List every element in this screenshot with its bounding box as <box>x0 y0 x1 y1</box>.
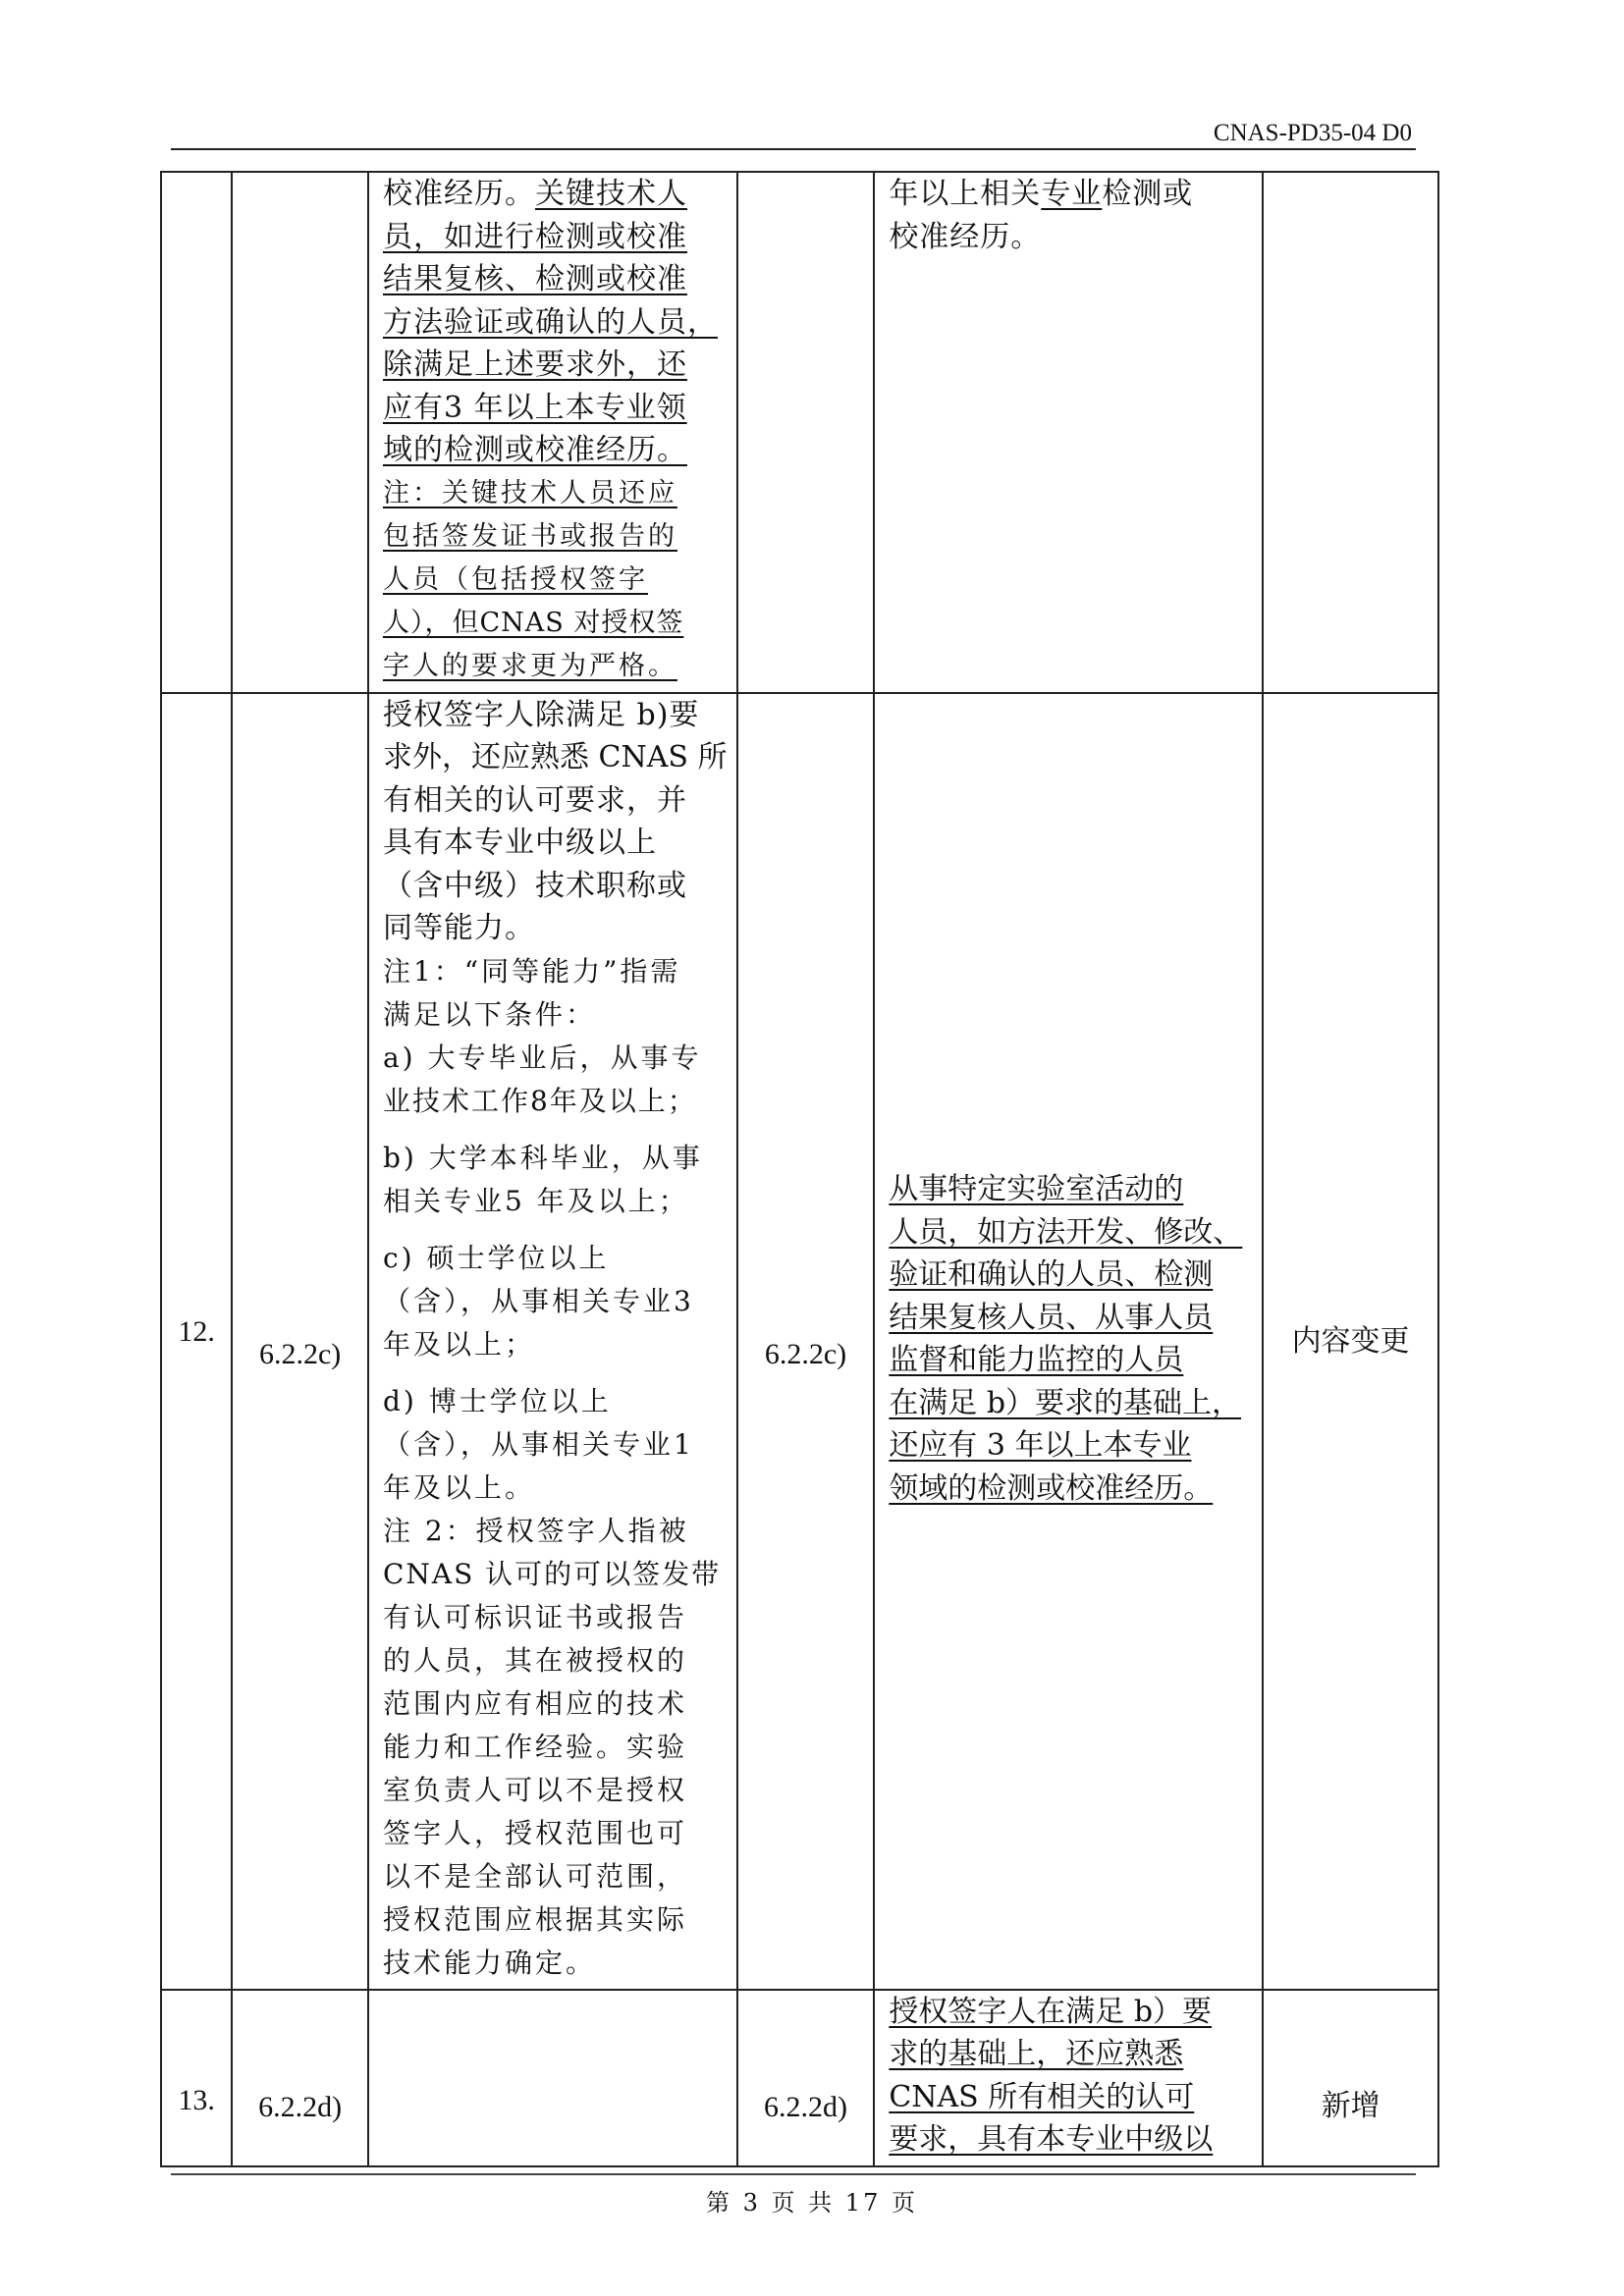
note-line: 人员（包括授权签字 <box>383 559 727 602</box>
text-line: 结果复核、检测或校准 <box>383 258 727 301</box>
note-line: b) 大学本科毕业，从事 <box>383 1137 727 1180</box>
note-line: d) 博士学位以上 <box>383 1380 727 1423</box>
comparison-table: 校准经历。关键技术人 员，如进行检测或校准 结果复核、检测或校准 方法验证或确认… <box>160 171 1439 2167</box>
text-fragment-underlined: 关键技术人 <box>535 177 687 211</box>
note-line: 签字人，授权范围也可 <box>383 1812 727 1855</box>
new-text-cell: 从事特定实验室活动的 人员，如方法开发、修改、 验证和确认的人员、检测 结果复核… <box>874 693 1263 1990</box>
text-line: 领域的检测或校准经历。 <box>889 1471 1213 1506</box>
text-line: 求外，还应熟悉 CNAS 所 <box>383 736 727 779</box>
note-line: 相关专业5 年及以上； <box>383 1180 727 1223</box>
new-text-cell: 授权签字人在满足 b）要 求的基础上，还应熟悉 CNAS 所有相关的认可 要求，… <box>874 1990 1263 2166</box>
text-fragment: 年以上相关 <box>889 177 1041 211</box>
row-number-cell: 13. <box>161 1990 232 2166</box>
new-clause-number: 6.2.2c) <box>765 1338 846 1370</box>
text-line: 求的基础上，还应熟悉 <box>889 2037 1183 2071</box>
note-line: 的人员，其在被授权的 <box>383 1639 727 1682</box>
note-line: 技术能力确定。 <box>383 1942 727 1985</box>
header-divider <box>171 148 1416 150</box>
document-code: CNAS-PD35-04 D0 <box>1214 120 1412 147</box>
new-clause-cell: 6.2.2c) <box>737 693 875 1990</box>
row-number: 13. <box>178 2084 215 2116</box>
text-line: 从事特定实验室活动的 <box>889 1172 1183 1206</box>
text-line: （含中级）技术职称或 <box>383 865 727 908</box>
note-line: a) 大专毕业后，从事专 <box>383 1037 727 1080</box>
row-number-cell <box>161 172 232 693</box>
old-clause-cell <box>232 172 368 693</box>
text-line: 验证和确认的人员、检测 <box>889 1257 1213 1292</box>
note-line: （含），从事相关专业3 <box>383 1280 727 1323</box>
note-line: 满足以下条件： <box>383 993 727 1037</box>
note-line: 年及以上。 <box>383 1467 727 1510</box>
old-text-cell: 校准经历。关键技术人 员，如进行检测或校准 结果复核、检测或校准 方法验证或确认… <box>368 172 737 693</box>
remark-cell: 内容变更 <box>1263 693 1438 1990</box>
old-text-cell <box>368 1990 737 2166</box>
old-text-cell: 授权签字人除满足 b)要 求外，还应熟悉 CNAS 所 有相关的认可要求，并 具… <box>368 693 737 1990</box>
old-clause-cell: 6.2.2c) <box>232 693 368 1990</box>
note-line: 范围内应有相应的技术 <box>383 1682 727 1726</box>
new-clause-cell <box>737 172 875 693</box>
table-row: 13. 6.2.2d) 6.2.2d) 授权签字人在满足 b）要 求的基础上，还… <box>161 1990 1438 2166</box>
remark-cell: 新增 <box>1263 1990 1438 2166</box>
new-clause-number: 6.2.2d) <box>764 2091 847 2123</box>
footer-divider <box>171 2173 1416 2175</box>
new-clause-cell: 6.2.2d) <box>737 1990 875 2166</box>
note-line: 字人的要求更为严格。 <box>383 645 727 688</box>
note-line: （含），从事相关专业1 <box>383 1423 727 1467</box>
old-clause-number: 6.2.2d) <box>258 2091 342 2123</box>
note-line: 业技术工作8年及以上； <box>383 1080 727 1123</box>
row-number: 12. <box>178 1315 215 1348</box>
text-line: 监督和能力监控的人员 <box>889 1343 1183 1377</box>
new-text-cell: 年以上相关专业检测或 校准经历。 <box>874 172 1263 693</box>
text-line: 方法验证或确认的人员， <box>383 301 727 345</box>
text-fragment: 检测或 <box>1102 177 1193 211</box>
text-line: 人员，如方法开发、修改、 <box>889 1215 1242 1250</box>
note-line: 室负责人可以不是授权 <box>383 1769 727 1812</box>
text-line: 还应有 3 年以上本专业 <box>889 1428 1191 1463</box>
note-line: 注 2：授权签字人指被 <box>383 1510 727 1553</box>
change-type-label: 内容变更 <box>1292 1324 1410 1359</box>
text-line: 校准经历。 <box>889 216 1252 259</box>
text-fragment: 校准经历。 <box>383 177 535 211</box>
spacer <box>383 1123 727 1137</box>
row-number-cell: 12. <box>161 693 232 1990</box>
note-line: 授权范围应根据其实际 <box>383 1898 727 1942</box>
note-line: 年及以上； <box>383 1323 727 1366</box>
text-line: 除满足上述要求外，还 <box>383 344 727 387</box>
text-line: 应有3 年以上本专业领 <box>383 387 727 430</box>
text-line: 授权签字人除满足 b)要 <box>383 694 727 737</box>
text-line: 域的检测或校准经历。 <box>383 429 727 472</box>
note-line: 以不是全部认可范围， <box>383 1855 727 1898</box>
note-line: 包括签发证书或报告的 <box>383 515 727 559</box>
change-type-label: 新增 <box>1322 2089 1380 2123</box>
table-row: 校准经历。关键技术人 员，如进行检测或校准 结果复核、检测或校准 方法验证或确认… <box>161 172 1438 693</box>
note-line: 有认可标识证书或报告 <box>383 1596 727 1639</box>
text-line: 有相关的认可要求，并 <box>383 779 727 823</box>
text-line: 员，如进行检测或校准 <box>383 216 727 259</box>
text-line: 具有本专业中级以上 <box>383 822 727 865</box>
note-line: CNAS 认可的可以签发带 <box>383 1553 727 1596</box>
remark-cell <box>1263 172 1438 693</box>
text-line: 授权签字人在满足 b）要 <box>889 1995 1212 2029</box>
page-number: 第 3 页 共 17 页 <box>0 2183 1624 2217</box>
text-line: 同等能力。 <box>383 907 727 950</box>
text-line: CNAS 所有相关的认可 <box>889 2080 1194 2114</box>
note-line: 注：关键技术人员还应 <box>383 472 727 515</box>
note-line: 能力和工作经验。实验 <box>383 1726 727 1769</box>
old-clause-number: 6.2.2c) <box>259 1338 341 1370</box>
note-line: c) 硕士学位以上 <box>383 1237 727 1280</box>
text-line: 要求，具有本专业中级以 <box>889 2122 1213 2157</box>
note-line: 人），但CNAS 对授权签 <box>383 602 727 645</box>
text-line: 结果复核人员、从事人员 <box>889 1301 1213 1335</box>
spacer <box>383 1223 727 1237</box>
text-line: 在满足 b）要求的基础上， <box>889 1386 1241 1420</box>
table-row: 12. 6.2.2c) 授权签字人除满足 b)要 求外，还应熟悉 CNAS 所 … <box>161 693 1438 1990</box>
spacer <box>383 1366 727 1380</box>
old-clause-cell: 6.2.2d) <box>232 1990 368 2166</box>
note-line: 注1：“同等能力”指需 <box>383 950 727 993</box>
text-fragment-underlined: 专业 <box>1041 177 1102 211</box>
